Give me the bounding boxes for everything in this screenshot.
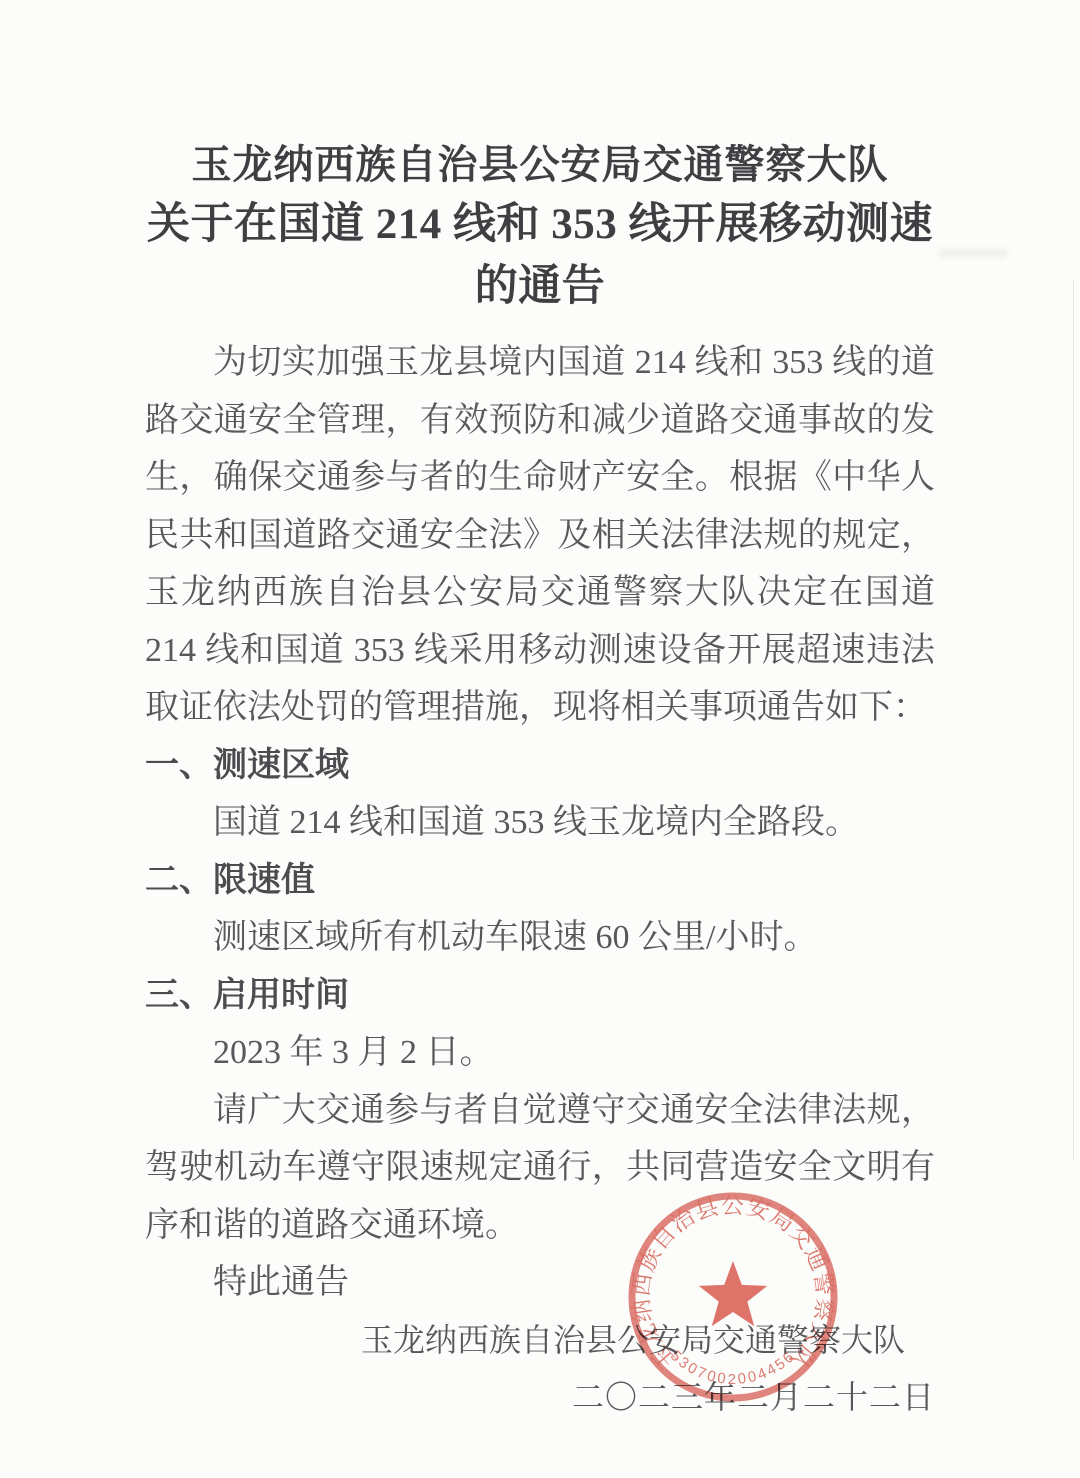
scanned-notice-page: 玉龙纳西族自治县公安局交通警察大队 关于在国道 214 线和 353 线开展移动… bbox=[0, 0, 1080, 1478]
section-1-content: 国道 214 线和国道 353 线玉龙境内全路段。 bbox=[145, 794, 935, 852]
section-2-heading: 二、限速值 bbox=[145, 852, 935, 910]
official-red-seal: 玉龙纳西族自治县公安局交通警察大队 5307002004456 bbox=[613, 1177, 853, 1417]
intro-paragraph: 为切实加强玉龙县境内国道 214 线和 353 线的道路交通安全管理，有效预防和… bbox=[145, 334, 935, 737]
notice-title-line1: 玉龙纳西族自治县公安局交通警察大队 bbox=[145, 136, 935, 194]
seal-serial-number: 5307002004456 bbox=[667, 1347, 799, 1388]
scan-artifact-edge bbox=[1073, 280, 1074, 1160]
seal-star-icon bbox=[699, 1261, 767, 1326]
notice-title-line2: 关于在国道 214 线和 353 线开展移动测速的通告 bbox=[145, 194, 935, 318]
section-1-heading: 一、测速区域 bbox=[145, 737, 935, 795]
scan-artifact-smudge bbox=[938, 248, 1008, 258]
section-3-content: 2023 年 3 月 2 日。 bbox=[145, 1024, 935, 1082]
section-3-heading: 三、启用时间 bbox=[145, 967, 935, 1025]
svg-text:5307002004456: 5307002004456 bbox=[667, 1347, 799, 1388]
section-2-content: 测速区域所有机动车限速 60 公里/小时。 bbox=[145, 909, 935, 967]
